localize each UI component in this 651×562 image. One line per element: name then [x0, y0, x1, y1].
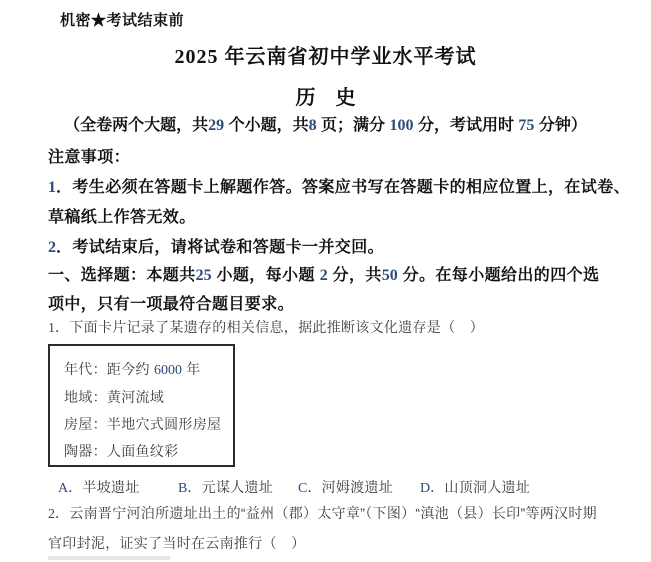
question-2-stem-line-1: 2．云南晋宁河泊所遗址出土的“益州（郡）太守章”（下图）“滇池（县）长印”等两汉…	[48, 503, 597, 523]
card-line-pottery: 陶器：人面鱼纹彩	[64, 438, 233, 465]
section-one-heading-line-2: 项中，只有一项最符合题目要求。	[48, 291, 294, 314]
option-d: D．山顶洞人遗址	[420, 477, 530, 497]
exam-title: 2025 年云南省初中学业水平考试	[0, 40, 651, 69]
option-a: A．半坡遗址	[58, 477, 178, 497]
question-1-info-card: 年代：距今约 6000 年 地域：黄河流域 房屋：半地穴式圆形房屋 陶器：人面鱼…	[48, 344, 235, 467]
question-2-stem-line-2: 官印封泥，证实了当时在云南推行（ ）	[48, 533, 305, 553]
section-one-heading-line-1: 一、选择题：本题共25 小题，每小题 2 分，共50 分。在每小题给出的四个选	[48, 262, 599, 285]
exam-paper-page: 机密★考试结束前 2025 年云南省初中学业水平考试 历 史 （全卷两个大题，共…	[0, 0, 651, 562]
option-c: C．河姆渡遗址	[298, 477, 420, 497]
note-line-1: 1．考生必须在答题卡上解题作答。答案应书写在答题卡的相应位置上，在试卷、	[48, 174, 630, 197]
notes-heading: 注意事项：	[48, 144, 130, 167]
card-line-house: 房屋：半地穴式圆形房屋	[64, 411, 233, 438]
seal-figure-partial-top-edge	[48, 556, 170, 560]
exam-meta: （全卷两个大题，共29 个小题，共8 页；满分 100 分，考试用时 75 分钟…	[0, 112, 651, 135]
card-line-region: 地域：黄河流域	[64, 384, 233, 411]
card-line-era: 年代：距今约 6000 年	[64, 356, 233, 384]
security-notice: 机密★考试结束前	[60, 9, 184, 30]
option-b: B．元谋人遗址	[178, 477, 298, 497]
question-1-options: A．半坡遗址B．元谋人遗址C．河姆渡遗址D．山顶洞人遗址	[58, 477, 530, 497]
subject-title: 历 史	[0, 81, 651, 110]
note-line-2: 草稿纸上作答无效。	[48, 204, 196, 227]
question-1-stem: 1．下面卡片记录了某遗存的相关信息，据此推断该文化遗存是（ ）	[48, 317, 484, 337]
note-line-3: 2．考试结束后，请将试卷和答题卡一并交回。	[48, 234, 384, 257]
